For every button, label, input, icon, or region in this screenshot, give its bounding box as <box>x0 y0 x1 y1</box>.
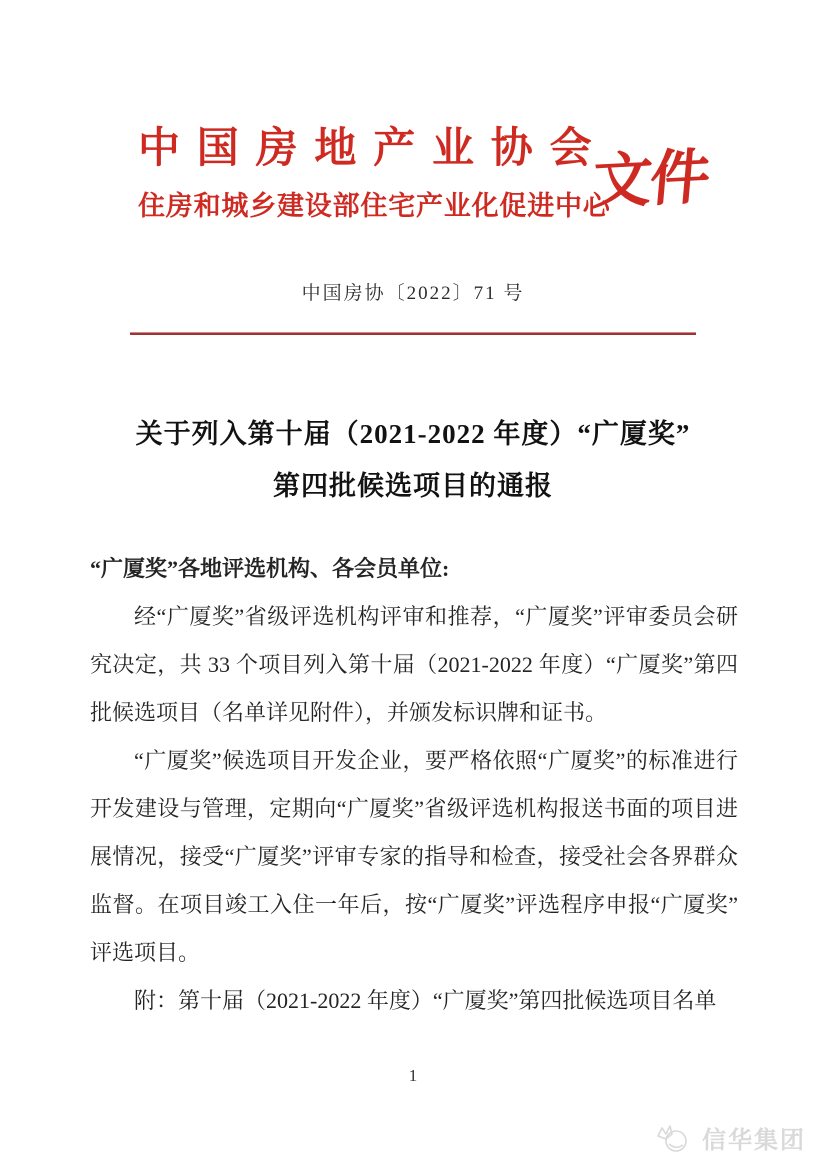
doc-type-label: 文件 <box>589 141 711 220</box>
watermark: 信华集团 <box>652 1120 806 1155</box>
document-page: 中国房地产业协会 住房和城乡建设部住宅产业化促进中心 文件 中国房协〔2022〕… <box>0 0 826 1169</box>
paragraph-2: “广厦奖”候选项目开发企业，要严格依照“广厦奖”的标准进行开发建设与管理，定期向… <box>90 737 738 977</box>
letterhead: 中国房地产业协会 住房和城乡建设部住宅产业化促进中心 <box>138 126 610 222</box>
org-name-primary: 中国房地产业协会 <box>138 126 610 172</box>
document-title-line2: 第四批候选项目的通报 <box>0 460 826 512</box>
document-title: 关于列入第十届（2021-2022 年度）“广厦奖” 第四批候选项目的通报 <box>0 408 826 512</box>
page-number: 1 <box>0 1066 826 1086</box>
red-divider-rule <box>130 332 696 335</box>
salutation: “广厦奖”各地评选机构、各会员单位: <box>90 545 738 593</box>
attachment-note: 附：第十届（2021-2022 年度）“广厦奖”第四批候选项目名单 <box>90 977 738 1025</box>
document-body: “广厦奖”各地评选机构、各会员单位: 经“广厦奖”省级评选机构评审和推荐，“广厦… <box>90 545 738 1025</box>
document-title-line1: 关于列入第十届（2021-2022 年度）“广厦奖” <box>0 408 826 460</box>
paragraph-1: 经“广厦奖”省级评选机构评审和推荐，“广厦奖”评审委员会研究决定，共 33 个项… <box>90 593 738 737</box>
org-name-secondary: 住房和城乡建设部住宅产业化促进中心 <box>138 192 610 222</box>
company-logo-icon <box>652 1122 694 1154</box>
doc-number: 中国房协〔2022〕71 号 <box>0 278 826 305</box>
watermark-text: 信华集团 <box>702 1120 806 1155</box>
